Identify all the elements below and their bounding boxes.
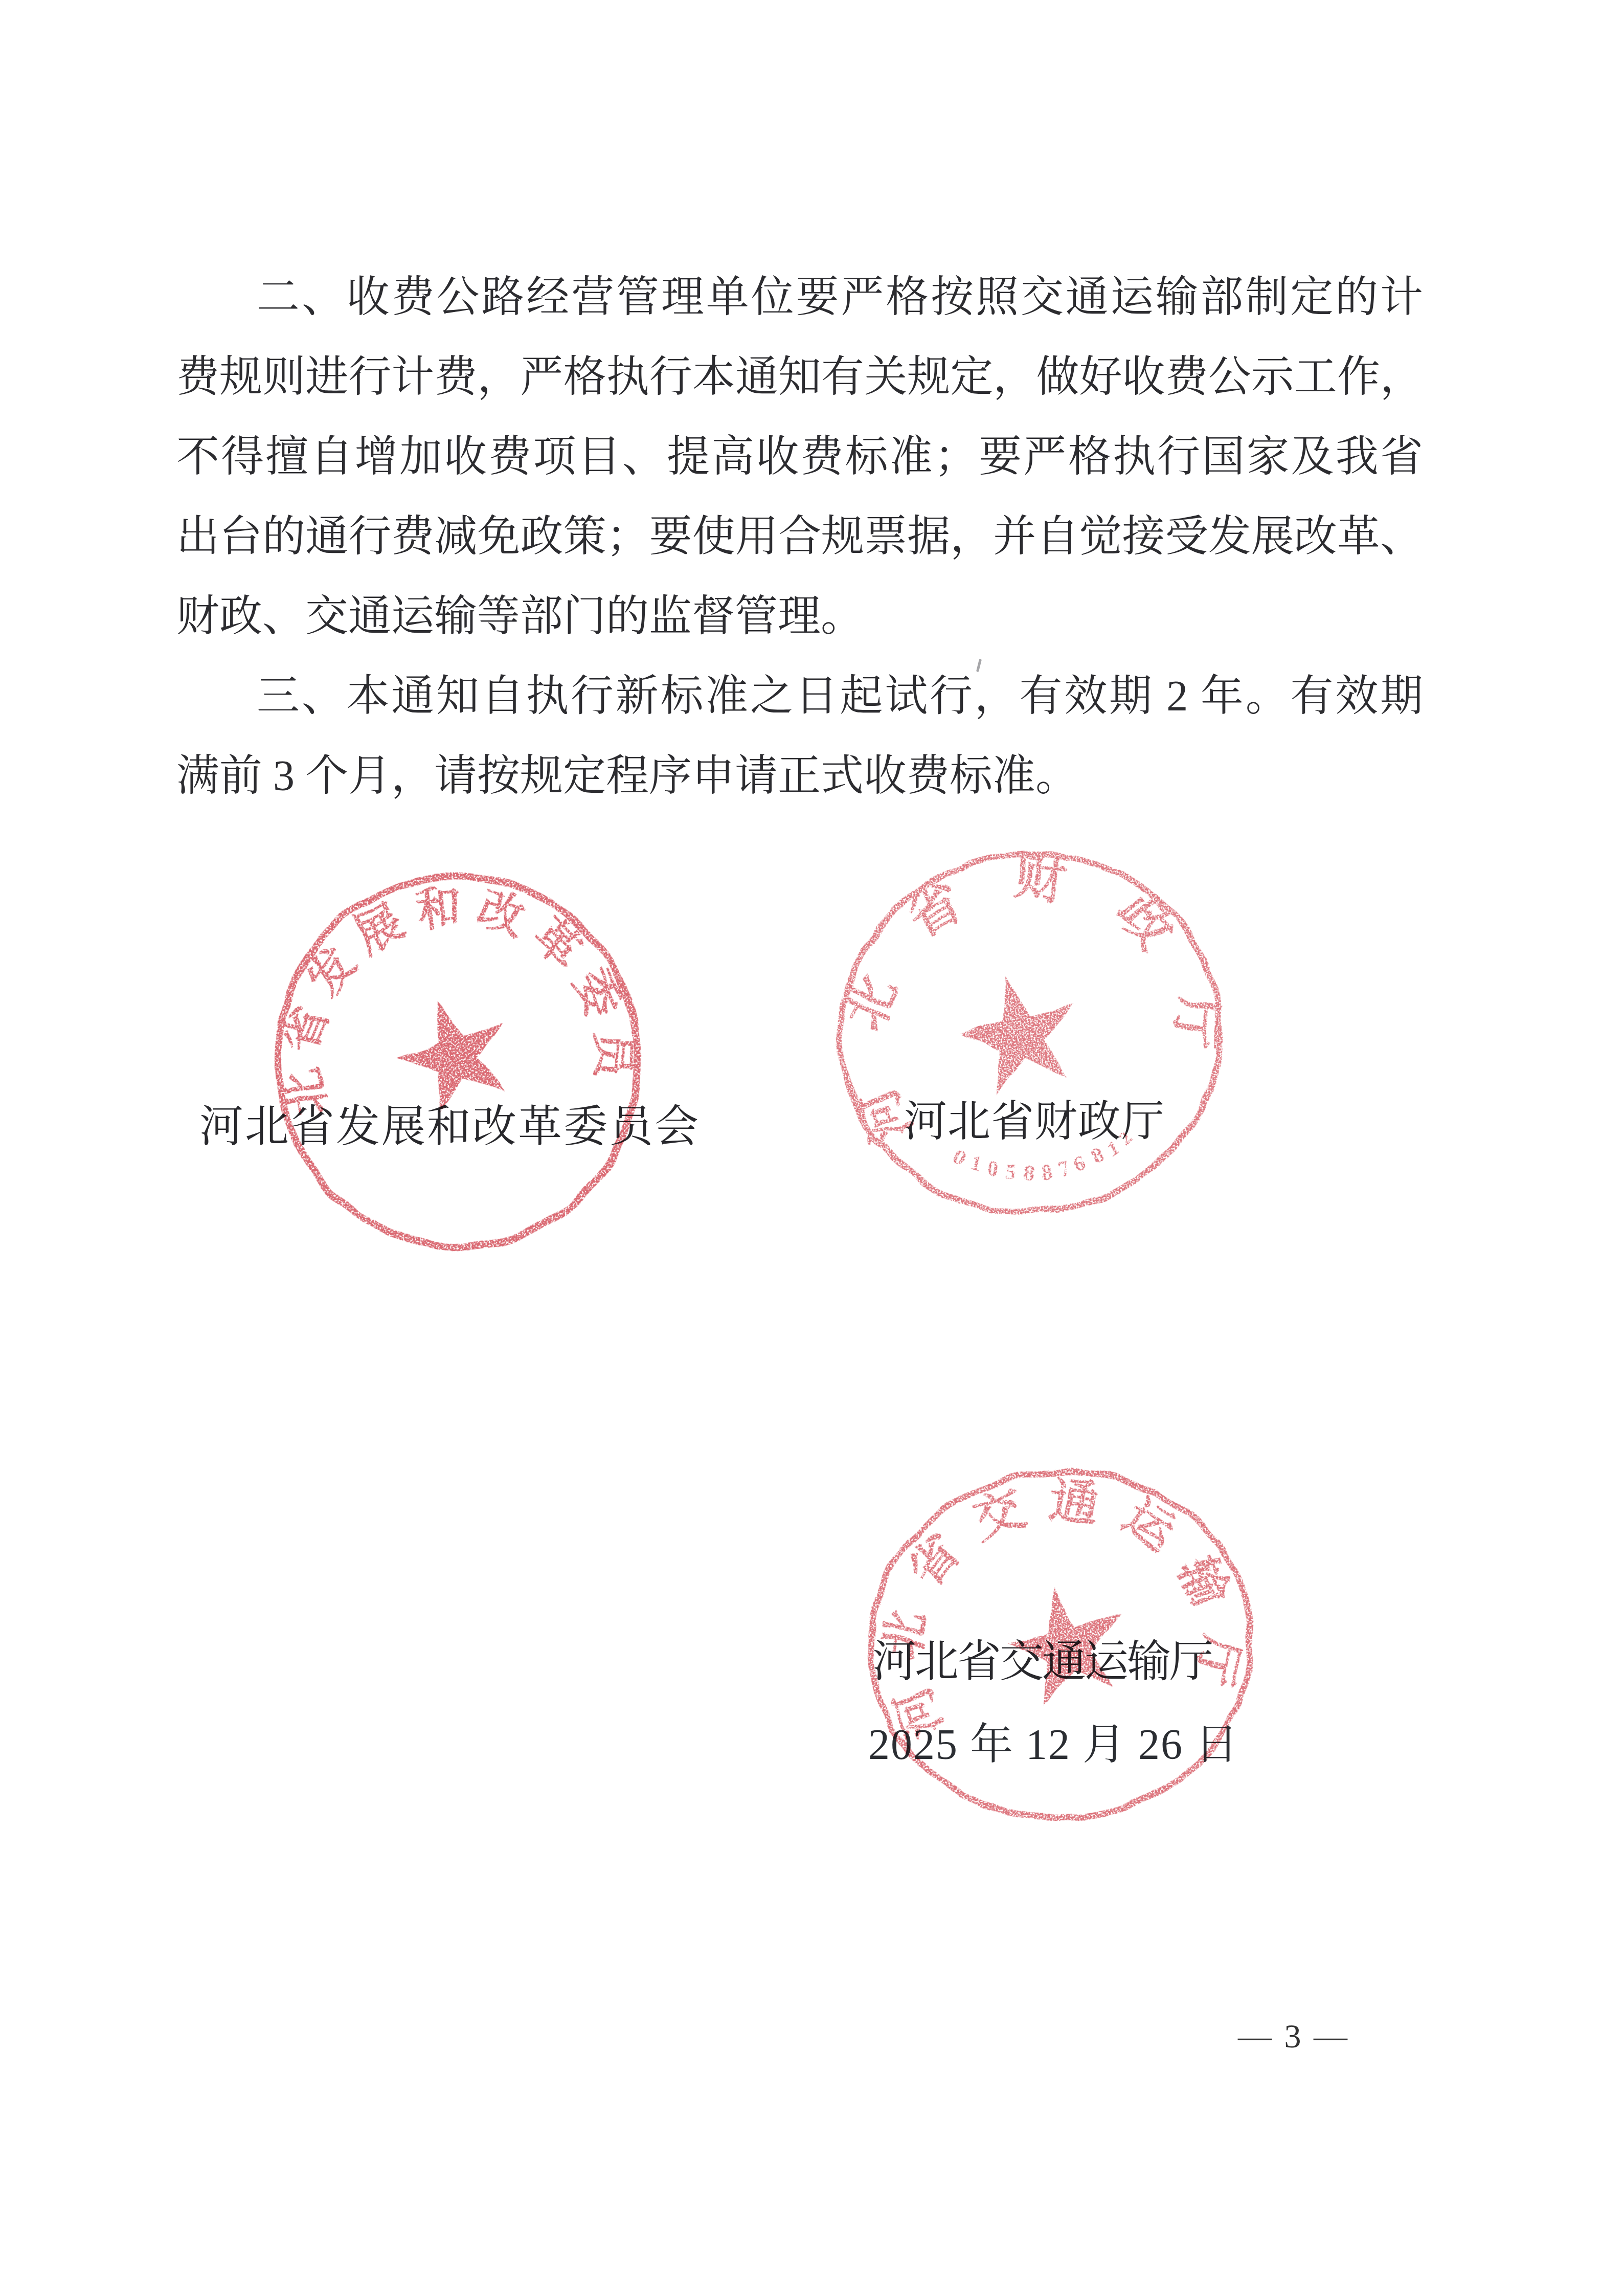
official-seal-czt: 河北省财政厅 01058876812 — [826, 829, 1235, 1238]
body-line: 满前 3 个月，请按规定程序申请正式收费标准。 — [176, 737, 1423, 816]
page-number: — 3 — — [1197, 2017, 1391, 2056]
body-line: 出台的通行费减免政策；要使用合规票据，并自觉接受发展改革、 — [176, 497, 1423, 577]
seal-ring-text: 河北省发展和改革委员会 — [262, 867, 642, 1120]
document-page: 二、收费公路经营管理单位要严格按照交通运输部制定的计 费规则进行计费，严格执行本… — [0, 0, 1624, 2296]
body-line: 三、本通知自执行新标准之日起试行，有效期 2 年。有效期 — [176, 657, 1423, 737]
signature-fgw-name: 河北省发展和改革委员会 — [199, 1105, 700, 1149]
body-line: 二、收费公路经营管理单位要严格按照交通运输部制定的计 — [176, 258, 1423, 338]
official-seal-fgw: 河北省发展和改革委员会 — [253, 857, 662, 1266]
signature-jtt-name: 河北省交通运输厅 — [872, 1640, 1212, 1684]
body-line: 不得擅自增加收费项目、提高收费标准；要严格执行国家及我省 — [176, 417, 1423, 497]
body-line: 财政、交通运输等部门的监督管理。 — [176, 577, 1423, 657]
body-line: 费规则进行计费，严格执行本通知有关规定，做好收费公示工作， — [176, 338, 1423, 417]
signature-date: 2025 年 12 月 26 日 — [868, 1724, 1239, 1767]
body-text: 二、收费公路经营管理单位要严格按照交通运输部制定的计 费规则进行计费，严格执行本… — [176, 258, 1423, 816]
seal-ring — [826, 830, 1235, 1237]
seal-ring — [262, 861, 653, 1262]
star-icon — [949, 963, 1090, 1100]
seal-ring-text: 河北省交通运输厅 — [856, 1453, 1257, 1748]
star-icon — [384, 984, 525, 1121]
signature-czt-name: 河北省财政厅 — [904, 1101, 1165, 1144]
